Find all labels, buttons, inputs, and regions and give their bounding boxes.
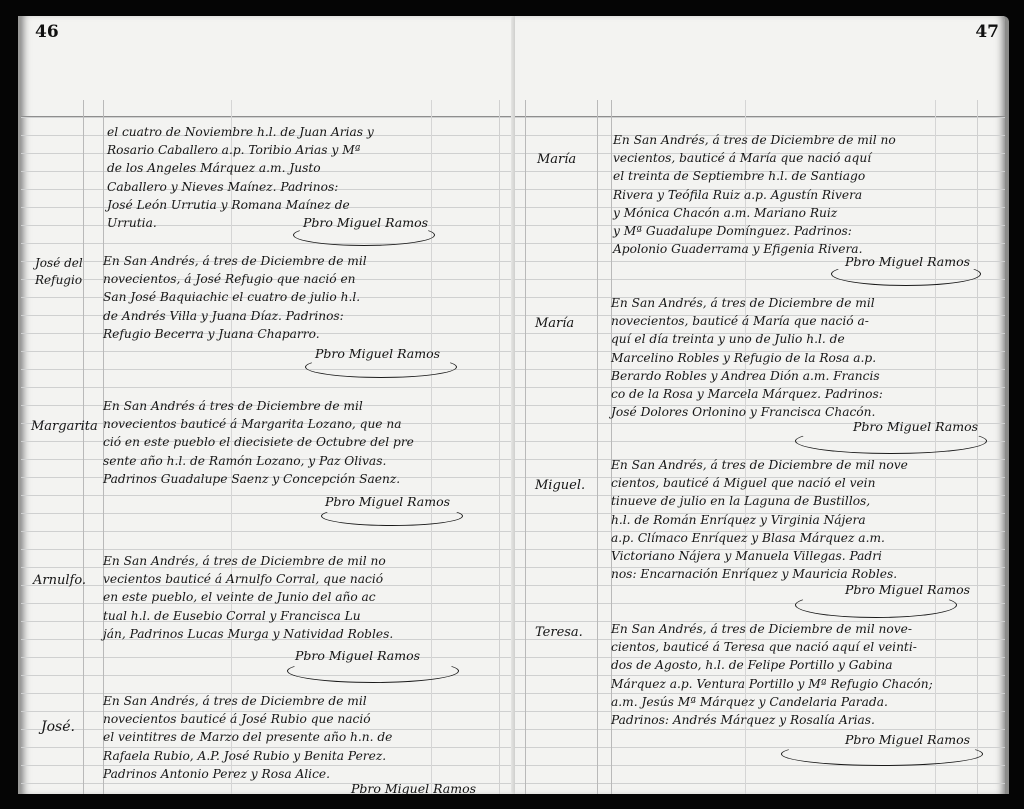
entry-line: En San Andrés, á tres de Diciembre de mi… xyxy=(103,252,367,270)
entry-line: Padrinos Antonio Perez y Rosa Alice. xyxy=(103,765,392,783)
header-rule xyxy=(515,116,1005,117)
entry-line: Caballero y Nieves Maínez. Padrinos: xyxy=(107,178,374,196)
column-rule xyxy=(499,100,500,794)
header-rule xyxy=(21,116,518,117)
entry-line: Rosario Caballero a.p. Toribio Arias y M… xyxy=(107,141,374,159)
entry-line: San José Baquiachic el cuatro de julio h… xyxy=(103,288,367,306)
page-number: 47 xyxy=(975,22,999,42)
entry-line: a.p. Clímaco Enríquez y Blasa Márquez a.… xyxy=(611,529,908,547)
entry-text: En San Andrés, á tres de Diciembre de mi… xyxy=(611,456,908,583)
entry-line: Berardo Robles y Andrea Dión a.m. Franci… xyxy=(611,367,883,385)
entry-line: En San Andrés, á tres de Diciembre de mi… xyxy=(103,552,393,570)
entry-line: En San Andrés, á tres de Diciembre de mi… xyxy=(613,131,896,149)
margin-name: José. xyxy=(41,719,75,735)
entry-text: En San Andrés, á tres de Diciembre de mi… xyxy=(103,552,393,643)
entry-line: Refugio Becerra y Juana Chaparro. xyxy=(103,325,367,343)
entry-line: y Mónica Chacón a.m. Mariano Ruiz xyxy=(613,204,896,222)
entry-line: quí el día treinta y uno de Julio h.l. d… xyxy=(611,330,883,348)
entry-line: En San Andrés á tres de Diciembre de mil xyxy=(103,397,414,415)
entry-line: en este pueblo, el veinte de Junio del a… xyxy=(103,588,393,606)
register-spread: 46 el cuatro de Noviembre h.l. de Juan A… xyxy=(18,16,1012,796)
entry-line: Victoriano Nájera y Manuela Villegas. Pa… xyxy=(611,547,908,565)
priest-signature: Pbro Miguel Ramos xyxy=(351,781,476,794)
entry-line: novecientos, bauticé á María que nació a… xyxy=(611,312,883,330)
entry-text: En San Andrés, á tres de Diciembre de mi… xyxy=(611,620,933,729)
margin-name: Margarita xyxy=(31,419,98,434)
entry-line: ció en este pueblo el diecisiete de Octu… xyxy=(103,433,414,451)
entry-line: ján, Padrinos Lucas Murga y Natividad Ro… xyxy=(103,625,393,643)
entry-line: En San Andrés, á tres de Diciembre de mi… xyxy=(611,620,933,638)
entry-line: co de la Rosa y Marcela Márquez. Padrino… xyxy=(611,385,883,403)
entry-line: Padrinos: Andrés Márquez y Rosalía Arias… xyxy=(611,711,933,729)
margin-name: José del Refugio xyxy=(35,255,91,289)
entry-line: cientos, bauticé á Miguel que nació el v… xyxy=(611,474,908,492)
entry-text: En San Andrés, á tres de Diciembre de mi… xyxy=(103,252,367,343)
column-rule xyxy=(431,100,432,794)
entry-line: el veintitres de Marzo del presente año … xyxy=(103,728,392,746)
entry-line: de Andrés Villa y Juana Díaz. Padrinos: xyxy=(103,307,367,325)
entry-line: En San Andrés, á tres de Diciembre de mi… xyxy=(103,692,392,710)
entry-line: Rafaela Rubio, A.P. José Rubio y Benita … xyxy=(103,747,392,765)
entry-line: sente año h.l. de Ramón Lozano, y Paz Ol… xyxy=(103,452,414,470)
entry-line: En San Andrés, á tres de Diciembre de mi… xyxy=(611,294,883,312)
column-rule xyxy=(977,100,978,794)
signature-flourish xyxy=(305,356,457,378)
entry-line: cientos, bauticé á Teresa que nació aquí… xyxy=(611,638,933,656)
entry-line: nos: Encarnación Enríquez y Mauricia Rob… xyxy=(611,565,908,583)
entry-line: vecientos, bauticé á María que nació aqu… xyxy=(613,149,896,167)
entry-line: novecientos, á José Refugio que nació en xyxy=(103,270,367,288)
margin-column-rule xyxy=(597,100,598,794)
signature-flourish xyxy=(321,506,463,526)
margin-name: María xyxy=(537,152,576,167)
left-page: 46 el cuatro de Noviembre h.l. de Juan A… xyxy=(18,16,518,794)
entry-line: Marcelino Robles y Refugio de la Rosa a.… xyxy=(611,349,883,367)
entry-line: h.l. de Román Enríquez y Virginia Nájera xyxy=(611,511,908,529)
right-page: 47 María En San Andrés, á tres de Diciem… xyxy=(515,16,1009,794)
entry-line: dos de Agosto, h.l. de Felipe Portillo y… xyxy=(611,656,933,674)
entry-text: En San Andrés, á tres de Diciembre de mi… xyxy=(611,294,883,421)
signature-flourish xyxy=(795,592,957,618)
page-number: 46 xyxy=(35,22,59,42)
entry-line: tinueve de julio en la Laguna de Bustill… xyxy=(611,492,908,510)
signature-flourish xyxy=(831,262,981,286)
entry-text: En San Andrés á tres de Diciembre de mil… xyxy=(103,397,414,488)
entry-line: novecientos bauticé á Margarita Lozano, … xyxy=(103,415,414,433)
margin-column-rule xyxy=(525,100,526,794)
entry-line: el cuatro de Noviembre h.l. de Juan Aria… xyxy=(107,123,374,141)
entry-line: Rivera y Teófila Ruiz a.p. Agustín River… xyxy=(613,186,896,204)
entry-line: vecientos bauticé á Arnulfo Corral, que … xyxy=(103,570,393,588)
entry-line: a.m. Jesús Mª Márquez y Candelaria Parad… xyxy=(611,693,933,711)
entry-line: y Mª Guadalupe Domínguez. Padrinos: xyxy=(613,222,896,240)
entry-line: Padrinos Guadalupe Saenz y Concepción Sa… xyxy=(103,470,414,488)
entry-line: tual h.l. de Eusebio Corral y Francisca … xyxy=(103,607,393,625)
margin-name: Teresa. xyxy=(535,625,583,640)
entry-line: de los Angeles Márquez a.m. Justo xyxy=(107,159,374,177)
margin-name: Miguel. xyxy=(535,478,585,493)
entry-line: José León Urrutia y Romana Maínez de xyxy=(107,196,374,214)
margin-name: María xyxy=(535,316,574,331)
entry-text: En San Andrés, á tres de Diciembre de mi… xyxy=(103,692,392,783)
signature-flourish xyxy=(293,224,435,246)
signature-flourish xyxy=(287,659,459,683)
entry-text: En San Andrés, á tres de Diciembre de mi… xyxy=(613,131,896,258)
entry-line: novecientos bauticé á José Rubio que nac… xyxy=(103,710,392,728)
entry-line: el treinta de Septiembre h.l. de Santiag… xyxy=(613,167,896,185)
margin-name: Arnulfo. xyxy=(33,573,86,588)
entry-line: Márquez a.p. Ventura Portillo y Mª Refug… xyxy=(611,675,933,693)
entry-line: En San Andrés, á tres de Diciembre de mi… xyxy=(611,456,908,474)
entry-line: José Dolores Orlonino y Francisca Chacón… xyxy=(611,403,883,421)
margin-column-rule xyxy=(83,100,84,794)
signature-flourish xyxy=(781,742,983,766)
signature-flourish xyxy=(795,428,987,454)
